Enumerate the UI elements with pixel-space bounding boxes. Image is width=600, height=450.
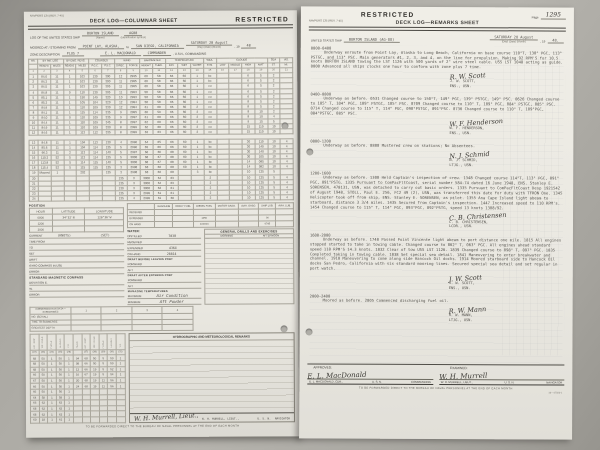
fuel-cell [276,221,294,227]
column-subheader: READ'G [38,64,51,69]
ship-header-line: UNITED STATES SHIP BURTON ISLAND (AG-88)… [311,34,564,43]
mini-cell [108,417,117,423]
signature-block: N. J. SchmidN. J. SCHMID,LTJG., USN. [449,150,563,168]
log-cell [102,196,115,201]
observations-mini-table: AIR TEMP.WET BULBFORCECLOUDSVIS.HOURAIR … [30,333,126,423]
day-field: SATURDAY 28 August (Day) (Date) (Month) [186,41,233,49]
log-of-ship-line: LOG OF THE UNITED STATES SHIP BURTON ISL… [30,30,291,39]
log-cell: 135 [255,195,268,200]
bottom-section: AIR TEMP.WET BULBFORCECLOUDSVIS.HOURAIR … [30,332,295,423]
signer-rank: LTJG., USN. [449,318,563,323]
caption: (Name) [96,36,105,39]
gyro-error-line: ERROR [29,268,124,274]
magazine-max-value: Air Condition [143,293,201,298]
punch-hole [306,328,313,335]
log-cell: Moored [38,171,51,176]
navigator-signature-script: W. H. Murrell, Lieut., [133,412,198,423]
drills-col-label: AFTERNOON [249,234,293,237]
drills-col-label: MORNING [205,235,249,238]
page-number-field: Page 1295 [532,11,566,19]
zone-value: PLUS 7 [62,51,84,56]
log-cell [191,195,204,200]
punch-hole [306,148,313,155]
mini-label: AIR TEMP. [82,334,91,350]
mini-label-row: AIR TEMP.WET BULBFORCECLOUDSVIS.HOURAIR … [30,334,125,350]
mini-cell: 61 [56,417,65,423]
page-label: Page [532,15,539,19]
mini-label-text: VIS. [119,344,121,348]
page-title: DECK LOG—COLUMNAR SHEET [32,18,235,25]
mini-label-text: FORCE [51,340,53,348]
bottom-signatures-row: E. L. MacDonald E. L. MACDONALD, CDR., U… [307,370,564,385]
mini-label-text: HOUR [76,341,78,348]
signature-block: R. W. ScottJ. W. SCOTT,ENS., USN. [450,71,564,89]
log-cell [230,195,243,200]
submerged-row-label: GREATEST DEPTH [30,325,71,331]
entry-text: Underway as before. 0531 Changed course … [310,97,563,118]
field-label: , U.S.N., COMMANDING [173,52,206,56]
fuel-cell [239,221,259,227]
row-label: DISTILLED [127,234,141,238]
position-current-column: POSITION HOUR LATITUDE LONGITUDE 0800 34… [29,203,125,305]
signer-rank: ENS., USN. [450,131,564,136]
submerged-run-table: SUBMERGED RUN DATA—SUBMARINES 1 2 3 4 NO… [29,306,193,332]
fuel-water-column: GASOLINEHEAVY FUELDIESEL FUELMOTOR GASO.… [127,202,294,305]
current-title: CURRENT [29,234,43,238]
entry-text: Moored as before. 2005 Commenced dischar… [310,299,563,305]
drills-ruled-area [205,238,294,294]
magazine-row: MINIMUMAft Powder [128,299,201,305]
mini-label-text: AIR TEMP. [85,337,87,348]
draft-row: AFT [128,267,201,273]
to-value: SAN DIEGO, CALIFORNIA [131,44,184,49]
print-code: 16—47503-1 [299,390,562,394]
signature-block: C. B. ChristensenC. B. CHRISTENSEN,LCDR.… [449,212,563,230]
row-label: SET [29,252,34,256]
navigator-signature: W. H. Murrell W. H. MURRELL, LIEUT., U. … [439,371,565,386]
fuel-row: ON HAND1600039745 [128,221,294,228]
entry-text: Underway as before. 1300 Held Captain's … [310,176,563,211]
day-field: SATURDAY 28 August (Day) (Date) (Month) [489,35,538,43]
log-entry: 0800-1200Underway as before. 0800 Muster… [310,139,563,168]
mini-cell [73,417,82,423]
divider [309,26,566,31]
mini-label: CLOUDS [56,334,65,350]
mag-row: ERROR [29,291,124,297]
log-entry: 2000-2400Moored as before. 2005 Commence… [310,294,563,323]
row-label: ERROR [29,270,39,274]
entry-text: Underway as before. 1748 Passed Point Vi… [310,237,563,272]
mini-label: FORCE [99,334,108,350]
water-drills-row: WATER: DISTILLED7030 RECEIVED EXPENDED43… [127,228,294,305]
watch-entries: 0000-0400Underway enroute from Point Lay… [309,45,563,364]
signer-rank: LCDR., USN. [449,224,563,229]
log-row: 2413542999616021013554 [29,195,293,201]
log-cell: 10 [242,195,255,200]
entry-text: Underway as before. 0800 Mustered crew o… [310,144,563,150]
restricted-stamp: RESTRICTED [235,17,289,24]
mini-label: VIS. [64,334,73,350]
row-label: GYRO COMPASS IN USE [29,264,62,268]
ship-name-value: BURTON ISLAND (AG-88) [344,37,399,42]
year-value: 48. [547,38,564,43]
mini-label: CLOUDS [107,334,116,350]
log-cell [77,196,90,201]
row-label: ON HAND [128,252,141,256]
caption: (Day) (Date) (Month) [502,40,526,43]
log-cell: 2999 [140,195,153,200]
log-cell: 135 [115,196,128,201]
mini-cell: 1 [65,417,74,423]
signer-rank: ENS., USN. [449,286,563,291]
hydro-remarks-block: HYDROGRAPHIC AND METEOROLOGICAL REMARKS … [128,332,295,423]
right-title-bar: DECK LOG—REMARKS SHEET [309,19,566,26]
field-label: ZONE DESCRIPTION [30,53,60,57]
signature-block: W. F. HendersonW. F. HENDERSON,ENS., USN… [450,118,564,136]
log-entry: 1600-2000Underway as before. 1748 Passed… [310,232,563,291]
water-value: 28814 [142,252,200,256]
mini-cell [99,417,108,423]
mini-label: HOUR [73,334,82,350]
field-label: to [126,45,129,49]
forwarding-footer: TO BE FORWARDED DIRECT TO THE BUREAU OF … [26,424,299,428]
restricted-stamp: RESTRICTED [361,11,415,18]
water-value: 7030 [144,234,201,238]
mini-cell: 18 [39,417,48,423]
log-entry: 0000-0400Underway enroute from Point Lay… [311,45,564,89]
row-label: MAXIMUM [128,294,142,298]
field-label: , 19 [540,39,545,43]
position-cell [52,226,85,232]
field-label: LOG OF THE UNITED STATES SHIP [30,35,80,39]
signer-rank: ENS., USN. [450,84,564,89]
ship-name-field: BURTON ISLAND (Name) [82,31,119,39]
log-entry: 0400-0800Underway as before. 0531 Change… [310,92,563,136]
column-subheader: HEIGHT [140,64,153,69]
navigator-signature-row: W. H. Murrell, Lieut., W. H. MURRELL, LI… [130,412,295,422]
page-title: DECK LOG—REMARKS SHEET [309,19,566,26]
drills-block: GENERAL DRILLS AND EXERCISES MORNING AFT… [204,228,295,304]
mini-label: AIR TEMP. [30,334,39,350]
row-label: W. [29,287,32,291]
mini-label-text: WET BULB [94,336,96,348]
mini-label-text: CLOUDS [59,339,61,349]
log-cell: 5 [268,195,281,200]
fuel-cell [155,221,173,227]
position-cell: 2000 [30,226,53,232]
mini-label-text: FORCE [102,340,104,348]
log-cell: 60 [166,195,179,200]
magazine-min-value: Aft Powder [142,299,201,304]
mini-label-text: CLOUDS [111,338,113,348]
row-label: EXPENDED [128,246,143,250]
fuel-cell [215,221,239,227]
position-table: HOUR LATITUDE LONGITUDE 0800 34°32'N 120… [29,207,125,232]
caption: (KNOTS) [45,233,84,237]
log-cell [64,196,77,201]
row-label: RECEIVED [127,240,141,244]
log-cell: 61 [153,195,166,200]
log-cell [179,195,192,200]
row-label: AFT [128,268,133,272]
log-cell: 24 [29,196,38,201]
log-cell: 4 [281,195,294,200]
log-entry: 1200-1600Underway as before. 1300 Held C… [310,171,563,230]
hydro-ruled-area [129,340,294,413]
mini-label: WET BULB [90,334,99,350]
commanding-usn: U. S. N. [372,379,382,383]
entry-text: Underway enroute from Point Lay, Alaska … [311,50,564,71]
columnar-log-table: HR.BY PAT. LOGBY ENG. REVS.COURSESWINDBA… [28,57,294,201]
field-label: , 19 [235,45,240,49]
log-cell [51,196,64,201]
mini-label-text: VIS. [68,344,70,348]
fuel-cell [173,221,194,227]
punch-hole [281,325,288,332]
navigator-role: NAVIGATOR [275,416,290,420]
caption: (Day) (Date) (Month) [197,46,221,49]
column-subheader: READ'G [63,64,76,69]
row-label: FORWARD [128,278,142,282]
water-block: WATER: DISTILLED7030 RECEIVED EXPENDED43… [127,229,201,305]
mini-cell [82,417,91,423]
water-row: ON HAND28814 [128,251,201,257]
remarks-sheet-page: RESTRICTED Page 1295 NAVPERS 135 (REV. 7… [299,6,574,439]
mini-cell: 60 [31,417,40,423]
mini-row: 60181611 [31,417,126,423]
commanding-role: COMMANDING [411,379,431,383]
field-label: UNITED STATES SHIP [311,38,342,42]
draft-row: AFT [128,283,201,289]
mini-label-text: AIR TEMP. [33,337,35,348]
field-label: MOORED AT / STEAMING FROM [30,45,76,49]
signature-block: R. W. MannR. W. MANN,LTJG., USN. [449,305,563,323]
year-value: 48 [242,44,256,49]
row-label: DEVIATION E. [29,281,47,285]
mini-label: VIS. [116,334,125,350]
navigator-usn: U. S. N. [505,380,515,384]
row-label: TO [29,246,33,250]
column-subheader: MIDDLE [229,63,242,68]
from-value: POINT LAY, ALASKA, [78,44,125,49]
row-label: TIME FROM [29,240,45,244]
mini-cell [116,417,125,423]
log-cell [38,196,51,201]
commander-rank: COMMANDER [143,51,171,56]
middle-section: POSITION HOUR LATITUDE LONGITUDE 0800 34… [29,202,295,305]
signer-rank: LTJG., USN. [449,163,563,168]
mini-label: FORCE [47,334,56,350]
commanding-signature: E. L. MacDonald E. L. MACDONALD, CDR., U… [307,370,433,385]
navigator-typed-name: W. H. MURRELL, LIEUT., [202,416,239,420]
divider [28,25,293,30]
mini-label: WET BULB [39,334,48,350]
mini-cell: 1 [48,417,57,423]
row-label: DRIFT [29,258,37,262]
row-label: MINIMUM [128,300,141,304]
mini-label-text: WET BULB [42,337,44,349]
fuel-row-label: ON HAND [128,222,155,228]
row-label: AFT [128,284,133,288]
columnar-sheet-page: NAVPERS 134 (REV. 7-45) DECK LOG—COLUMNA… [24,10,299,437]
punch-hole [281,122,288,129]
page-number-value: 1295 [541,11,566,19]
approved-examined-row: APPROVED: EXAMINED: [307,363,564,370]
examined-label: EXAMINED: [450,366,468,370]
row-label: FORWARD [128,262,142,266]
caption: (SET) [86,233,125,237]
fuel-cell: 160003 [194,221,215,227]
mini-cell [91,417,100,423]
log-cell [89,196,102,201]
navigator-usn: U. S. N. [257,416,271,420]
signature-block: J. W. ScottJ. W. SCOTT,ENS., USN. [449,273,563,291]
fuel-table: GASOLINEHEAVY FUELDIESEL FUELMOTOR GASO.… [127,202,294,228]
water-value: 4364 [145,246,201,250]
fuel-cell: 9745 [259,221,276,227]
voyage-line: MOORED AT / STEAMING FROM POINT LAY, ALA… [30,40,291,49]
log-cell: 4 [128,196,141,201]
navigator-role: NAVIGATOR [546,380,562,384]
log-cell: 2 [204,195,217,200]
left-title-bar: DECK LOG—COLUMNAR SHEET RESTRICTED [32,17,289,25]
column-group: BY ENG. REVS. [63,59,89,64]
position-cell [85,226,124,232]
row-label: ERROR [29,293,39,297]
zone-line: ZONE DESCRIPTION PLUS 7 E. L. MACDONALD … [30,50,291,56]
ship-symbol-field: AG88 (Identification symbol) [121,31,146,39]
approved-label: APPROVED: [313,365,332,369]
caption: (Identification symbol) [121,36,146,39]
commander-name: E. L. MACDONALD [100,51,141,56]
log-cell [217,195,230,200]
